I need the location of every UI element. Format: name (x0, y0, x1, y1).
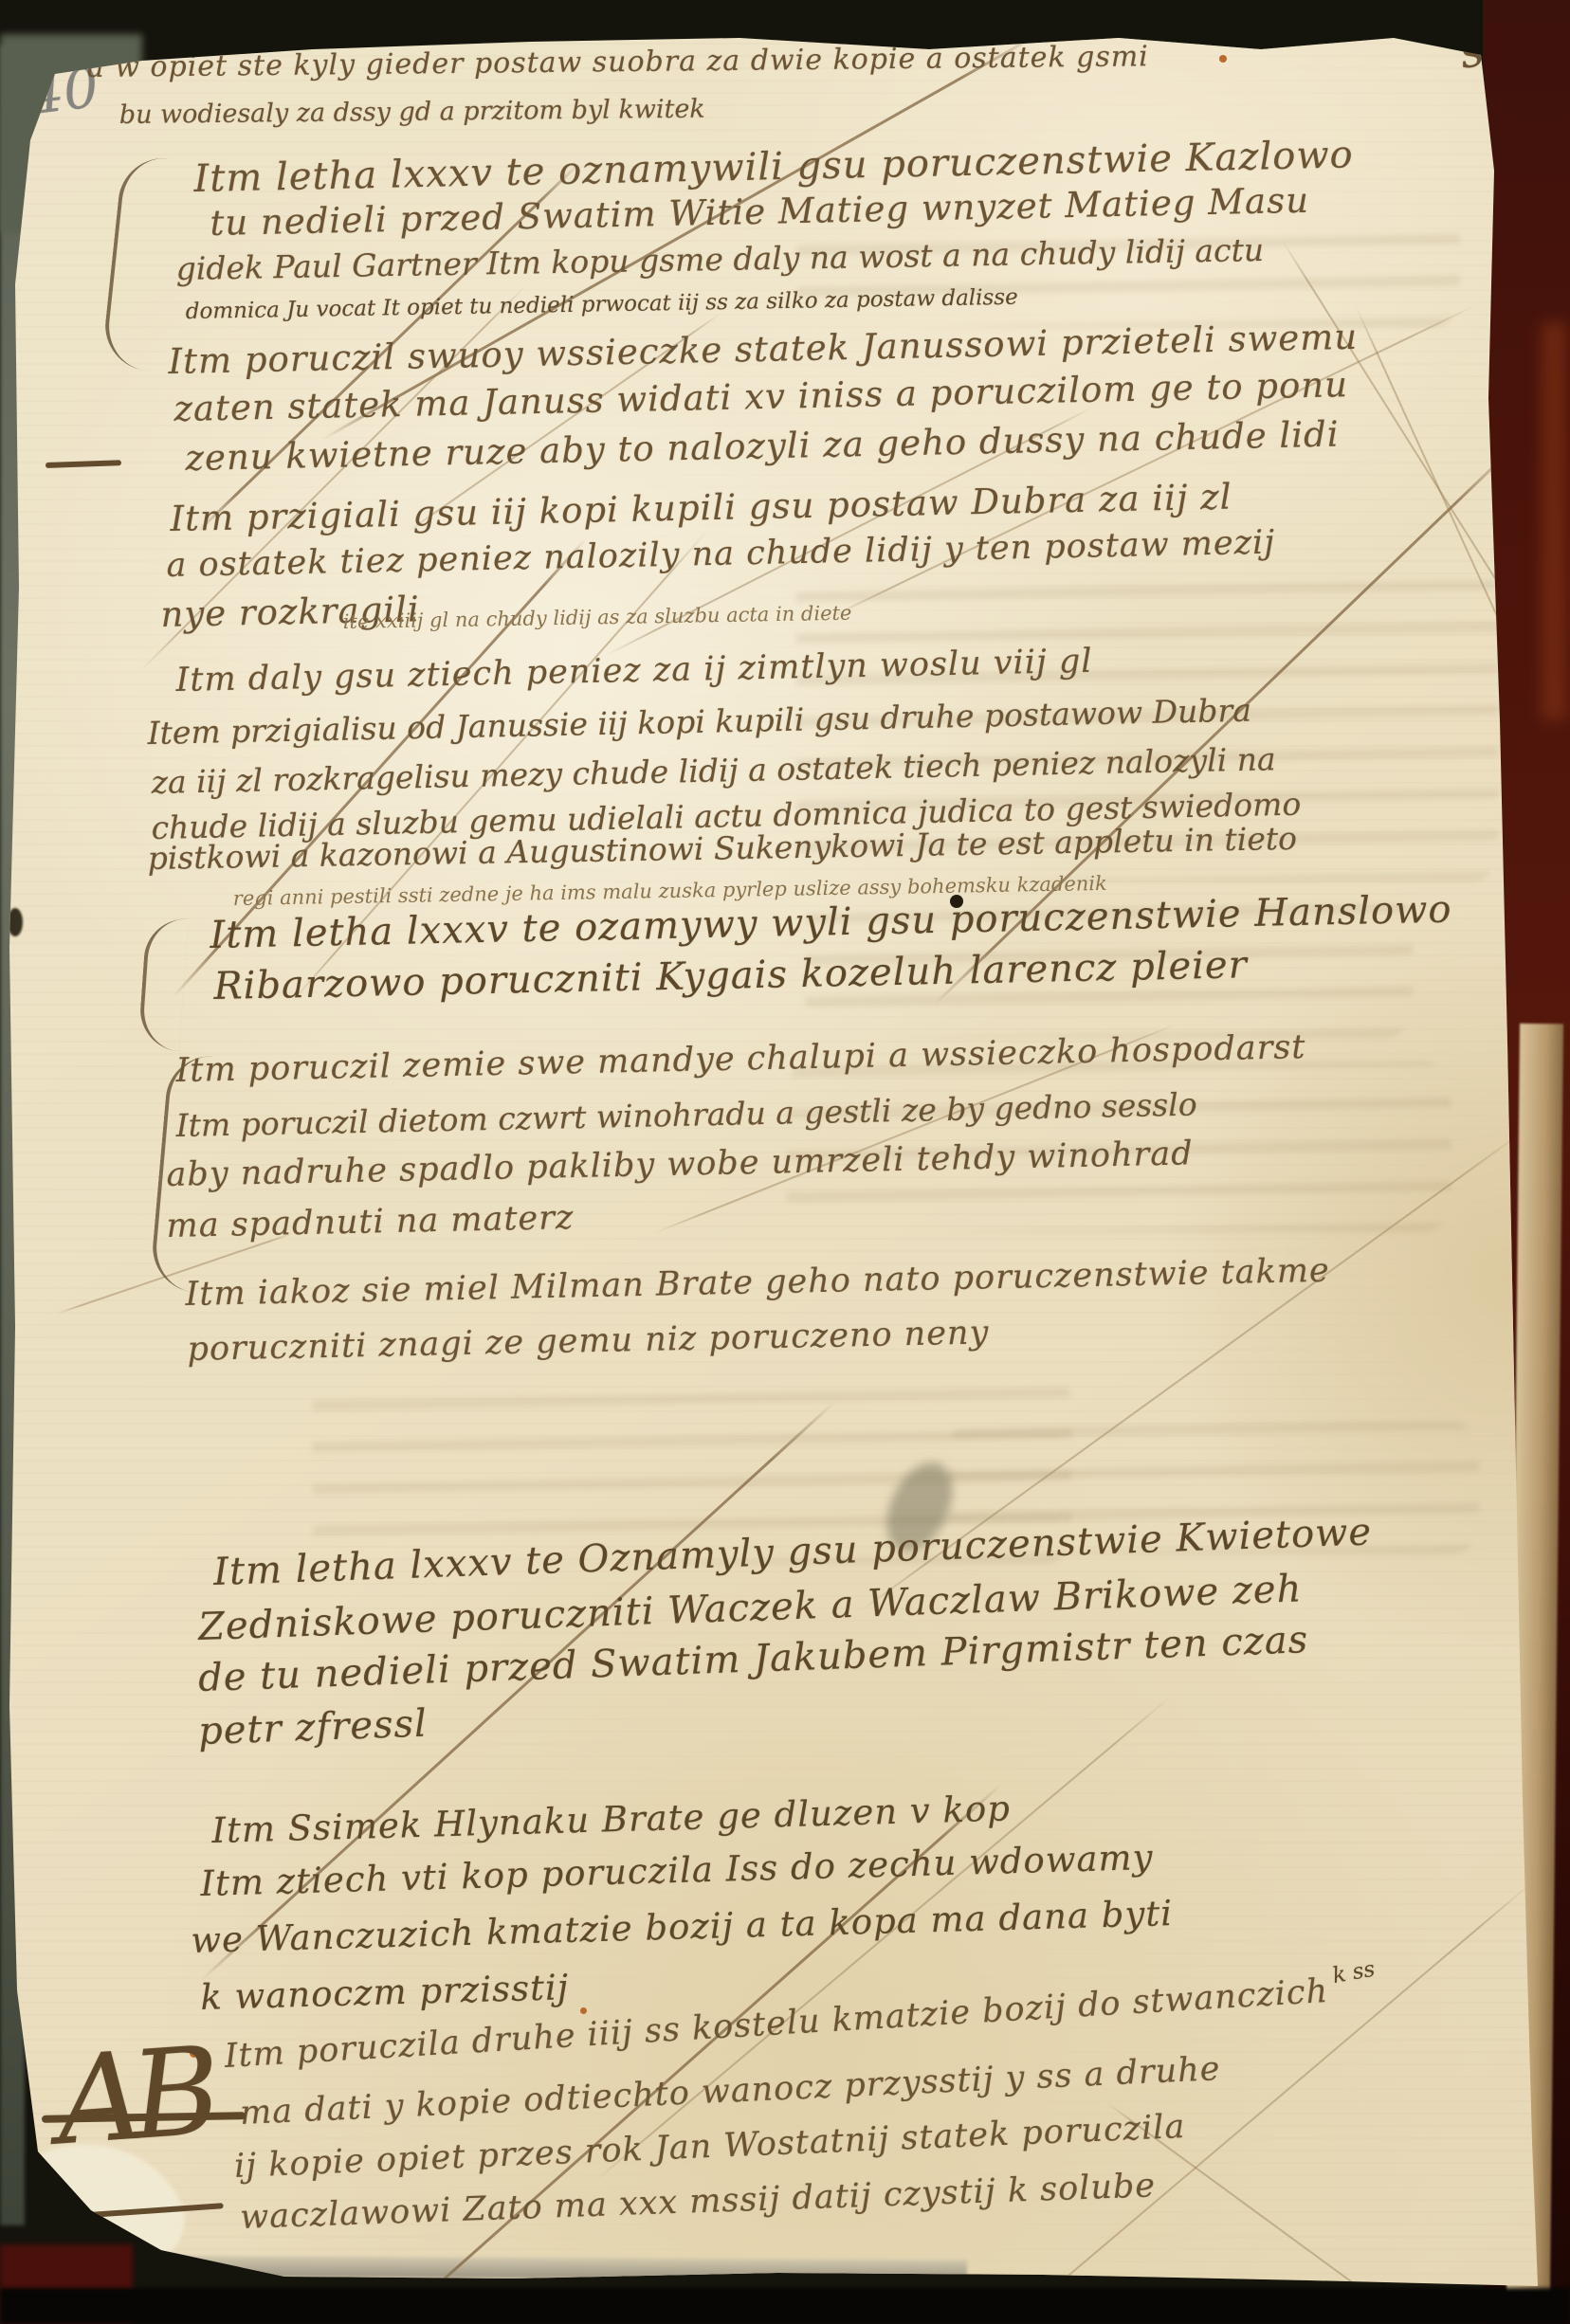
manuscript-page: 40 a w opiet ste kyly gieder postaw suob… (0, 0, 1570, 2324)
entry-line: Itm iakoz sie miel Milman Brate geho nat… (185, 1252, 1330, 1314)
notary-monogram: AB (52, 2022, 212, 2173)
header-line: a w opiet ste kyly gieder postaw suobra … (87, 40, 1149, 84)
header-note: bezich pss (1327, 8, 1433, 38)
entry-line: we Wanczuzich kmatzie bozij a ta kopa ma… (191, 1893, 1174, 1961)
entry-line: k wanoczm przisstij (200, 1967, 570, 2018)
entry-line: petr zfressl (197, 1702, 428, 1753)
manuscript-photograph: 40 a w opiet ste kyly gieder postaw suob… (0, 0, 1570, 2324)
cancellation-stroke (1025, 1883, 1531, 2313)
initial-flourish (100, 154, 183, 372)
margin-dash (46, 460, 121, 468)
entry-line: Itm Ssimek Hlynaku Brate ge dluzen v kop (211, 1788, 1012, 1851)
pigment-speck (580, 2007, 587, 2014)
entry-line: ma spadnuti na materz (166, 1199, 575, 1245)
binding-glint (1542, 322, 1566, 720)
pigment-speck (1219, 55, 1227, 63)
deckle-edge (114, 2256, 967, 2281)
header-line: bu wodiesaly za dssy gd a przitom byl kw… (119, 95, 705, 130)
entry-line: poruczniti znagi ze gemu niz poruczeno n… (187, 1314, 990, 1369)
backing-band-bottom (0, 2288, 1570, 2324)
superscript-note: k ss (1330, 1957, 1377, 1988)
initial-flourish (137, 917, 189, 1052)
